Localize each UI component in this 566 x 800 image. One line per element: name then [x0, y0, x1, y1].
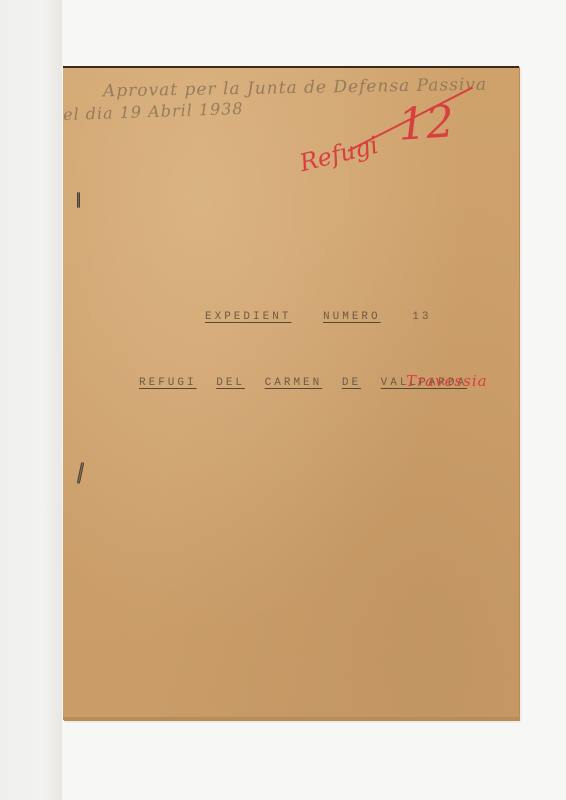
typed-word-de: DE: [342, 377, 361, 389]
typed-expedient-number: 13: [412, 311, 431, 323]
staple-bottom-icon: [77, 462, 85, 484]
typed-word-refugi: REFUGI: [139, 377, 197, 389]
typed-word-del: DEL: [216, 377, 245, 389]
red-refugi-number: 12: [396, 96, 455, 151]
red-refugi-label: Refugi: [297, 131, 381, 177]
typed-word-numero: NUMERO: [323, 311, 381, 323]
staple-top-icon: [77, 192, 80, 208]
scan-background-margin: [0, 0, 62, 800]
typed-word-expedient: EXPEDIENT: [205, 311, 291, 323]
typed-word-carmen: CARMEN: [265, 377, 323, 389]
red-travessia-annotation: Travessia: [406, 372, 488, 390]
folder-cover: Aprovat per la Junta de Defensa Passiva …: [63, 66, 519, 720]
typed-expedient-heading: EXPEDIENT NUMERO 13: [205, 311, 431, 323]
pencil-note-line-2: el dia 19 Abril 1938: [63, 99, 244, 124]
